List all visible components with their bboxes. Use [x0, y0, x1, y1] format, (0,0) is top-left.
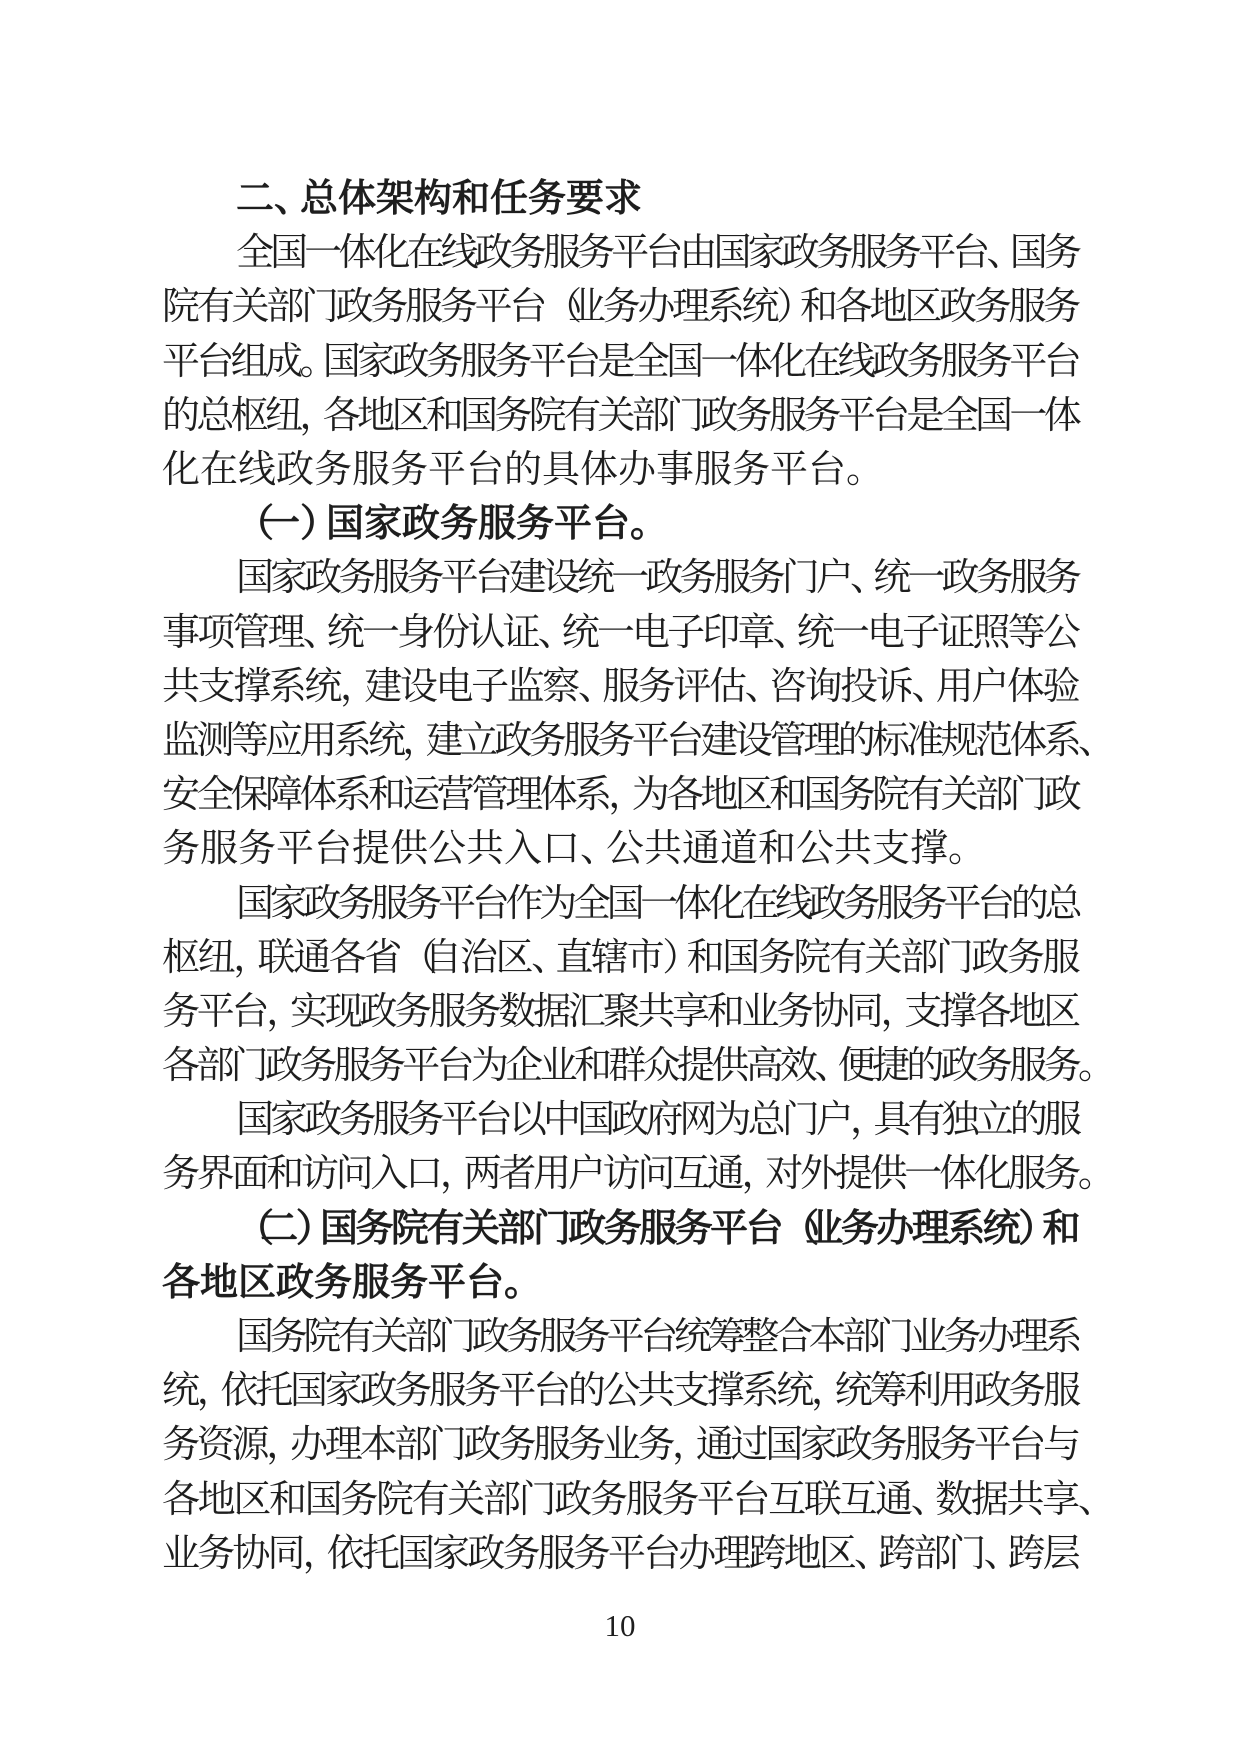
character: 服 [626, 1481, 662, 1519]
character: ， [608, 776, 631, 814]
character: 台 [1008, 1426, 1043, 1464]
character: 门 [231, 1047, 265, 1085]
character: 监 [507, 668, 543, 706]
character: 一 [1009, 397, 1043, 435]
character: 线 [775, 885, 809, 923]
character: 管 [232, 614, 267, 652]
character: 服 [429, 993, 464, 1031]
character: 。 [630, 505, 656, 543]
character: 务 [906, 343, 940, 381]
character: 一 [262, 505, 300, 543]
character: 项 [197, 614, 232, 652]
character: 全 [941, 397, 975, 435]
character: 关 [941, 776, 975, 814]
character: 线 [441, 234, 475, 272]
character: 务 [975, 1047, 1009, 1085]
character: 理 [912, 1210, 947, 1248]
character: 口 [405, 1155, 440, 1193]
character: 和 [452, 180, 490, 218]
character: 台 [733, 1481, 769, 1519]
text-line: 化在线政务服务平台的具体办事服务平台。 [162, 443, 1078, 497]
character: 测 [196, 722, 230, 760]
character: 政 [700, 397, 734, 435]
character: 门 [948, 1535, 983, 1573]
character: 务 [638, 668, 674, 706]
character: 、 [850, 559, 873, 597]
character: 服 [639, 1210, 674, 1248]
character: 台 [640, 1318, 674, 1356]
character: 同 [267, 1535, 302, 1573]
character: 政 [872, 343, 906, 381]
character: 平 [402, 1047, 436, 1085]
character: 台 [563, 343, 597, 381]
text-line: 院有关部门政务服务平台（业务办理系统）和各地区政务服务 [162, 280, 1078, 334]
character: 有 [412, 1481, 448, 1519]
character: 户 [816, 1101, 850, 1139]
character: 章 [737, 614, 772, 652]
character: 务 [314, 1264, 352, 1302]
character: 关 [865, 939, 901, 977]
character: 办 [618, 451, 656, 489]
character: 统 [327, 614, 362, 652]
character: 提 [352, 830, 390, 868]
character: ， [233, 939, 257, 977]
document-text-block: 二、总体架构和任务要求全国一体化在线政务服务平台由国家政务服务平台、国务院有关部… [162, 172, 1078, 1581]
character: 和 [574, 1047, 608, 1085]
character: 一 [907, 559, 941, 597]
character: 总 [300, 180, 338, 218]
character: 体 [674, 885, 708, 923]
character: 服 [769, 397, 803, 435]
character: 服 [602, 668, 638, 706]
character: 公 [796, 830, 834, 868]
character: 通 [293, 939, 329, 977]
character: 源 [231, 1426, 266, 1464]
character: 系 [947, 1210, 982, 1248]
character: 由 [679, 234, 713, 272]
character: 通 [875, 1481, 911, 1519]
character: 企 [505, 1047, 539, 1085]
character: 区 [819, 1535, 854, 1573]
character: 国 [236, 885, 270, 923]
character: 享 [1042, 1481, 1078, 1519]
character: 在 [741, 885, 775, 923]
character: 国 [270, 234, 304, 272]
character: 便 [838, 1047, 872, 1085]
character: 服 [904, 1426, 939, 1464]
character: 体 [735, 343, 769, 381]
character: 据 [533, 993, 568, 1031]
character: 理 [672, 288, 707, 326]
character: 纽 [198, 939, 234, 977]
character: 台 [314, 830, 352, 868]
character: 台 [509, 288, 544, 326]
character: 务 [661, 1481, 697, 1519]
character: 有 [197, 288, 232, 326]
character: 务 [841, 1210, 876, 1248]
character: 台 [808, 451, 846, 489]
character: 服 [1008, 288, 1043, 326]
character: 入 [370, 1155, 405, 1193]
character: 政 [974, 1372, 1009, 1410]
character: 等 [231, 722, 265, 760]
character: 政 [809, 885, 843, 923]
character: 国 [323, 343, 357, 381]
character: ， [340, 668, 364, 706]
character: 务 [509, 234, 543, 272]
text-line: 的总枢纽，各地区和国务院有关部门政务服务平台是全国一体 [162, 389, 1078, 443]
character: 一 [362, 614, 397, 652]
character: 务 [440, 505, 478, 543]
heading-line: 各地区政务服务平台。 [162, 1256, 1078, 1310]
character: （ [236, 1210, 260, 1248]
character: 各 [162, 1481, 198, 1519]
character: 平 [162, 343, 196, 381]
text-line: 国务院有关部门政务服务平台统筹整合本部门业务办理系 [162, 1310, 1078, 1364]
character: 的 [1011, 885, 1045, 923]
character: 务 [838, 776, 872, 814]
text-line: 安全保障体系和运营管理体系，为各地区和国务院有关部门政 [162, 768, 1078, 822]
character: 服 [539, 1318, 573, 1356]
character: 、 [986, 234, 1009, 272]
character: 跨 [1008, 1535, 1043, 1573]
character: 系 [334, 776, 368, 814]
character: 政 [359, 1372, 394, 1410]
character: 家 [357, 343, 391, 381]
character: 一 [611, 559, 645, 597]
character: 市 [627, 939, 663, 977]
character: 务 [394, 993, 429, 1031]
character: 务 [573, 1535, 608, 1573]
character: 务 [732, 451, 770, 489]
character: 通 [707, 1155, 742, 1193]
character: 应 [265, 722, 299, 760]
character: 国 [722, 939, 758, 977]
character: 体 [540, 776, 574, 814]
character: 区 [1043, 993, 1078, 1031]
character: 政 [276, 451, 314, 489]
character: 服 [941, 343, 975, 381]
character: 台 [533, 1372, 568, 1410]
character: 的 [906, 1047, 940, 1085]
character: 务 [426, 343, 460, 381]
character: 办 [678, 1535, 713, 1573]
text-line: 国家政务服务平台以中国政府网为总门户，具有独立的服 [162, 1093, 1078, 1147]
character: 院 [529, 397, 563, 435]
character: 要 [566, 180, 604, 218]
character: 国 [666, 343, 700, 381]
character: 求 [604, 180, 642, 218]
character: 印 [702, 614, 737, 652]
character: 、 [854, 1535, 878, 1573]
text-line: 平台组成。国家政务服务平台是全国一体化在线政务服务平台 [162, 335, 1078, 389]
character: 务 [573, 1318, 607, 1356]
character: 总 [196, 397, 230, 435]
character: 以 [509, 1101, 543, 1139]
character: 。 [299, 343, 322, 381]
character: 、 [531, 939, 555, 977]
character: 台 [645, 234, 679, 272]
character: 和 [707, 993, 742, 1031]
character: 务 [758, 939, 794, 977]
character: 平 [276, 830, 314, 868]
character: 政 [1044, 776, 1078, 814]
character: 全 [573, 885, 607, 923]
character: 数 [498, 993, 533, 1031]
character: 平 [1009, 343, 1043, 381]
character: 部 [404, 1318, 438, 1356]
character: 务 [869, 1426, 904, 1464]
character: 业 [805, 1210, 840, 1248]
character: 务 [884, 234, 918, 272]
character: 纽 [265, 397, 299, 435]
character: 营 [437, 776, 471, 814]
character: 管 [769, 722, 803, 760]
character: 业 [540, 1047, 574, 1085]
character: 政 [645, 559, 679, 597]
character: 政 [554, 1481, 590, 1519]
character: 用 [936, 668, 972, 706]
character: 家 [800, 1426, 835, 1464]
text-line: 事项管理、统一身份认证、统一电子印章、统一电子证照等公 [162, 606, 1078, 660]
character: 地 [700, 776, 734, 814]
character: 务 [502, 1535, 537, 1573]
character: 政 [971, 939, 1007, 977]
character: 国 [397, 1535, 432, 1573]
character: 的 [504, 451, 542, 489]
character: 地 [198, 1481, 234, 1519]
character: 办 [637, 288, 672, 326]
character: 政 [939, 288, 974, 326]
character: 子 [902, 614, 937, 652]
character: 互 [839, 1481, 875, 1519]
character: 系 [707, 288, 742, 326]
character: 台 [437, 1047, 471, 1085]
character: 国 [305, 1481, 341, 1519]
character: 门 [519, 1481, 555, 1519]
character: 有 [337, 1318, 371, 1356]
character: 务 [675, 1210, 710, 1248]
character: 设 [400, 668, 436, 706]
character: ， [850, 1101, 873, 1139]
character: 台 [231, 993, 266, 1031]
character: 撑 [233, 668, 269, 706]
character: 入 [504, 830, 542, 868]
character: 利 [904, 1372, 939, 1410]
character: 自 [424, 939, 460, 977]
character: 成 [265, 343, 299, 381]
character: 证 [502, 614, 537, 652]
character: 服 [1010, 559, 1044, 597]
character: 平 [608, 1535, 643, 1573]
character: 服 [352, 1264, 390, 1302]
character: 务 [390, 1264, 428, 1302]
character: 有 [829, 939, 865, 977]
character: 务 [368, 1047, 402, 1085]
character: 政 [336, 288, 371, 326]
character: 全 [196, 776, 230, 814]
character: 务 [1008, 1372, 1043, 1410]
text-line: 务平台，实现政务服务数据汇聚共享和业务协同，支撑各地区 [162, 985, 1078, 1039]
character: 、 [745, 668, 769, 706]
character: 统 [983, 1210, 1018, 1248]
character: 府 [645, 1101, 679, 1139]
character: 现 [325, 993, 360, 1031]
character: 政 [472, 1318, 506, 1356]
character: 务 [1044, 1047, 1078, 1085]
character: 务 [603, 288, 638, 326]
character: （ [236, 505, 262, 543]
character: 平 [632, 722, 666, 760]
character: 辖 [591, 939, 627, 977]
character: 体 [1007, 668, 1043, 706]
character: 保 [231, 776, 265, 814]
character: 总 [1045, 885, 1079, 923]
character: 电 [867, 614, 902, 652]
character: 务 [314, 451, 352, 489]
character: 公 [1043, 614, 1078, 652]
character: 聚 [603, 993, 638, 1031]
character: 地 [784, 1535, 819, 1573]
character: 撑 [939, 993, 974, 1031]
character: 服 [714, 559, 748, 597]
text-line: 全国一体化在线政务服务平台由国家政务服务平台、国务 [162, 226, 1078, 280]
character: 一 [304, 234, 338, 272]
character: 电 [632, 614, 667, 652]
character: 全 [236, 234, 270, 272]
character: 务 [974, 288, 1009, 326]
character: 门 [301, 288, 336, 326]
character: 务 [516, 505, 554, 543]
character: 国 [803, 776, 837, 814]
character: 平 [428, 451, 466, 489]
character: 门 [782, 559, 816, 597]
character: 在 [200, 451, 238, 489]
character: 界 [197, 1155, 232, 1193]
character: 家 [364, 505, 402, 543]
character: 问 [637, 1155, 672, 1193]
character: ， [440, 1155, 464, 1193]
character: 务 [939, 1426, 974, 1464]
character: 同 [846, 993, 881, 1031]
character: 政 [611, 1101, 645, 1139]
character: 共 [637, 1372, 672, 1410]
character: 系 [742, 1372, 777, 1410]
character: 服 [1043, 939, 1079, 977]
character: 子 [667, 614, 702, 652]
character: 台 [666, 722, 700, 760]
character: 理 [713, 1535, 748, 1573]
character: 线 [838, 343, 872, 381]
character: 务 [355, 1210, 390, 1248]
character: 务 [776, 993, 811, 1031]
character: 的 [568, 1372, 603, 1410]
character: 关 [462, 1210, 497, 1248]
character: 电 [436, 668, 472, 706]
character: 地 [200, 1264, 238, 1302]
character: 系 [1045, 1318, 1079, 1356]
character: 用 [533, 1155, 568, 1193]
character: 各 [329, 939, 365, 977]
character: 务 [637, 1426, 672, 1464]
character: 共 [637, 993, 672, 1031]
character: 本 [359, 1426, 394, 1464]
character: 平 [475, 288, 510, 326]
character: 统 [873, 559, 907, 597]
character: 部 [913, 1535, 948, 1573]
character: 各 [974, 993, 1009, 1031]
character: 国 [460, 397, 494, 435]
character: 门 [782, 1101, 816, 1139]
character: 层 [1043, 1535, 1078, 1573]
character: 政 [304, 559, 338, 597]
character: 道 [720, 830, 758, 868]
character: 立 [460, 722, 494, 760]
character: （ [781, 1210, 805, 1248]
character: 政 [464, 1426, 499, 1464]
character: 统 [797, 614, 832, 652]
character: ， [303, 1535, 327, 1573]
character: 政 [782, 234, 816, 272]
character: 政 [359, 993, 394, 1031]
character: 院 [376, 1481, 412, 1519]
character: 份 [432, 614, 467, 652]
character: ， [266, 993, 290, 1031]
character: 区 [904, 288, 939, 326]
character: 关 [447, 1481, 483, 1519]
character: 总 [748, 1101, 782, 1139]
character: 捷 [872, 1047, 906, 1085]
character: 务 [910, 885, 944, 923]
character: 通 [696, 1426, 731, 1464]
character: 过 [731, 1426, 766, 1464]
character: 撑 [910, 830, 948, 868]
character: 供 [711, 1047, 745, 1085]
character: 数 [935, 1481, 971, 1519]
character: 平 [554, 505, 592, 543]
character: 独 [942, 1101, 976, 1139]
heading-line: 二、总体架构和任务要求 [162, 172, 1078, 226]
character: 服 [533, 1426, 568, 1464]
character: 体 [299, 776, 333, 814]
character: 有 [906, 776, 940, 814]
character: 部 [196, 1047, 230, 1085]
character: 、 [580, 830, 606, 868]
character: 台 [746, 1210, 781, 1248]
character: 理 [1011, 1318, 1045, 1356]
character: （ [544, 288, 568, 326]
character: 服 [371, 885, 405, 923]
character: ， [299, 397, 322, 435]
character: 服 [334, 1047, 368, 1085]
character: 平 [974, 1426, 1009, 1464]
character: 提 [677, 1047, 711, 1085]
character: 咨 [769, 668, 805, 706]
character: 事 [162, 614, 197, 652]
character: 务 [337, 885, 371, 923]
character: 务 [597, 722, 631, 760]
character: 构 [414, 180, 452, 218]
character: 务 [528, 180, 566, 218]
character: 部 [900, 939, 936, 977]
character: 线 [238, 451, 276, 489]
character: 服 [372, 1101, 406, 1139]
character: 认 [467, 614, 502, 652]
character: 门 [666, 397, 700, 435]
character: 建 [509, 559, 543, 597]
character: 众 [643, 1047, 677, 1085]
character: 务 [197, 1535, 232, 1573]
